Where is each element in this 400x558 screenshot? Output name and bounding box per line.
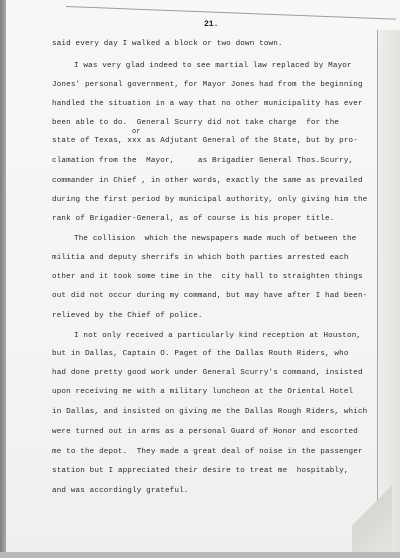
text-line: clamation from the Mayor, as Brigadier G… <box>52 157 353 165</box>
text-line: upon receiving me with a military lunche… <box>52 388 353 396</box>
text-line: I not only received a particularly kind … <box>52 332 361 340</box>
text-line: in Dallas, and insisted on giving me the… <box>52 408 367 416</box>
interlinear-insertion: or <box>132 128 141 136</box>
text-line: relieved by the Chief of police. <box>52 312 203 320</box>
text-line: had done pretty good work under General … <box>52 369 363 377</box>
text-line: during the first period by municipal aut… <box>52 196 367 204</box>
top-crease <box>66 6 396 20</box>
text-line: handled the situation in a way that no o… <box>52 100 363 108</box>
text-line: station but I appreciated their desire t… <box>52 467 349 475</box>
page-number: 21. <box>204 20 218 29</box>
text-line: commander in Chief , in other words, exa… <box>52 177 363 185</box>
text-line: out did not occur during my command, but… <box>52 292 367 300</box>
text-line: The collision which the newspapers made … <box>52 235 356 243</box>
typewritten-page: 21. said every day I walked a block or t… <box>6 0 400 552</box>
text-line: I was very glad indeed to see martial la… <box>52 62 352 70</box>
text-line: other and it took some time in the city … <box>52 273 363 281</box>
text-line: me to the depot. They made a great deal … <box>52 448 363 456</box>
text-line: been able to do. General Scurry did not … <box>52 119 339 127</box>
scan-bottom-border <box>0 552 400 558</box>
text-line: were turned out in arms as a personal Gu… <box>52 428 358 436</box>
text-line: Jones' personal government, for Mayor Jo… <box>52 81 363 89</box>
text-line: but in Dallas, Captain O. Paget of the D… <box>52 350 349 358</box>
text-line: and was accordingly grateful. <box>52 487 189 495</box>
text-line: said every day I walked a block or two d… <box>52 40 283 48</box>
text-line: rank of Brigadier-General, as of course … <box>52 215 334 223</box>
text-line: state of Texas, xxx as Adjutant General … <box>52 137 358 145</box>
text-line: militia and deputy sherrifs in which bot… <box>52 254 349 262</box>
torn-bottom-right-corner <box>352 470 392 552</box>
